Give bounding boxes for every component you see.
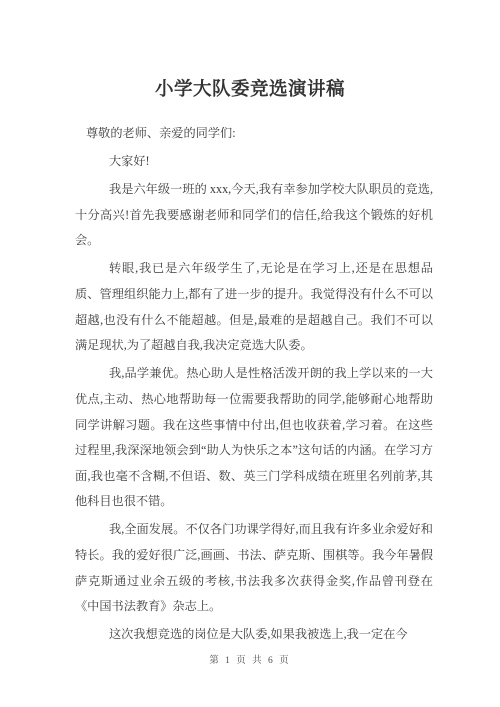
salutation-line: 尊敬的老师、亲爱的同学们: [75, 121, 433, 147]
paragraph-intro: 我是六年级一班的 xxx,今天,我有幸参加学校大队职员的竞选,十分高兴!首先我要… [75, 177, 433, 254]
paragraph-hobbies: 我,全面发展。不仅各门功课学得好,而且我有许多业余爱好和特长。我的爱好很广泛,画… [75, 517, 433, 619]
greeting-line: 大家好! [75, 149, 433, 175]
paragraph-motivation: 转眼,我已是六年级学生了,无论是在学习上,还是在思想品质、管理组织能力上,都有了… [75, 256, 433, 358]
document-page: 小学大队委竞选演讲稿 尊敬的老师、亲爱的同学们: 大家好! 我是六年级一班的 x… [0, 0, 500, 707]
document-title: 小学大队委竞选演讲稿 [0, 75, 500, 101]
page-number-footer: 第 1 页 共 6 页 [0, 652, 500, 666]
document-body: 尊敬的老师、亲爱的同学们: 大家好! 我是六年级一班的 xxx,今天,我有幸参加… [75, 121, 433, 650]
paragraph-position-truncated: 这次我想竞选的岗位是大队委,如果我被选上,我一定在今 [75, 622, 433, 648]
paragraph-character: 我,品学兼优。热心助人是性格活泼开朗的我上学以来的一大优点,主动、热心地帮助每一… [75, 361, 433, 515]
